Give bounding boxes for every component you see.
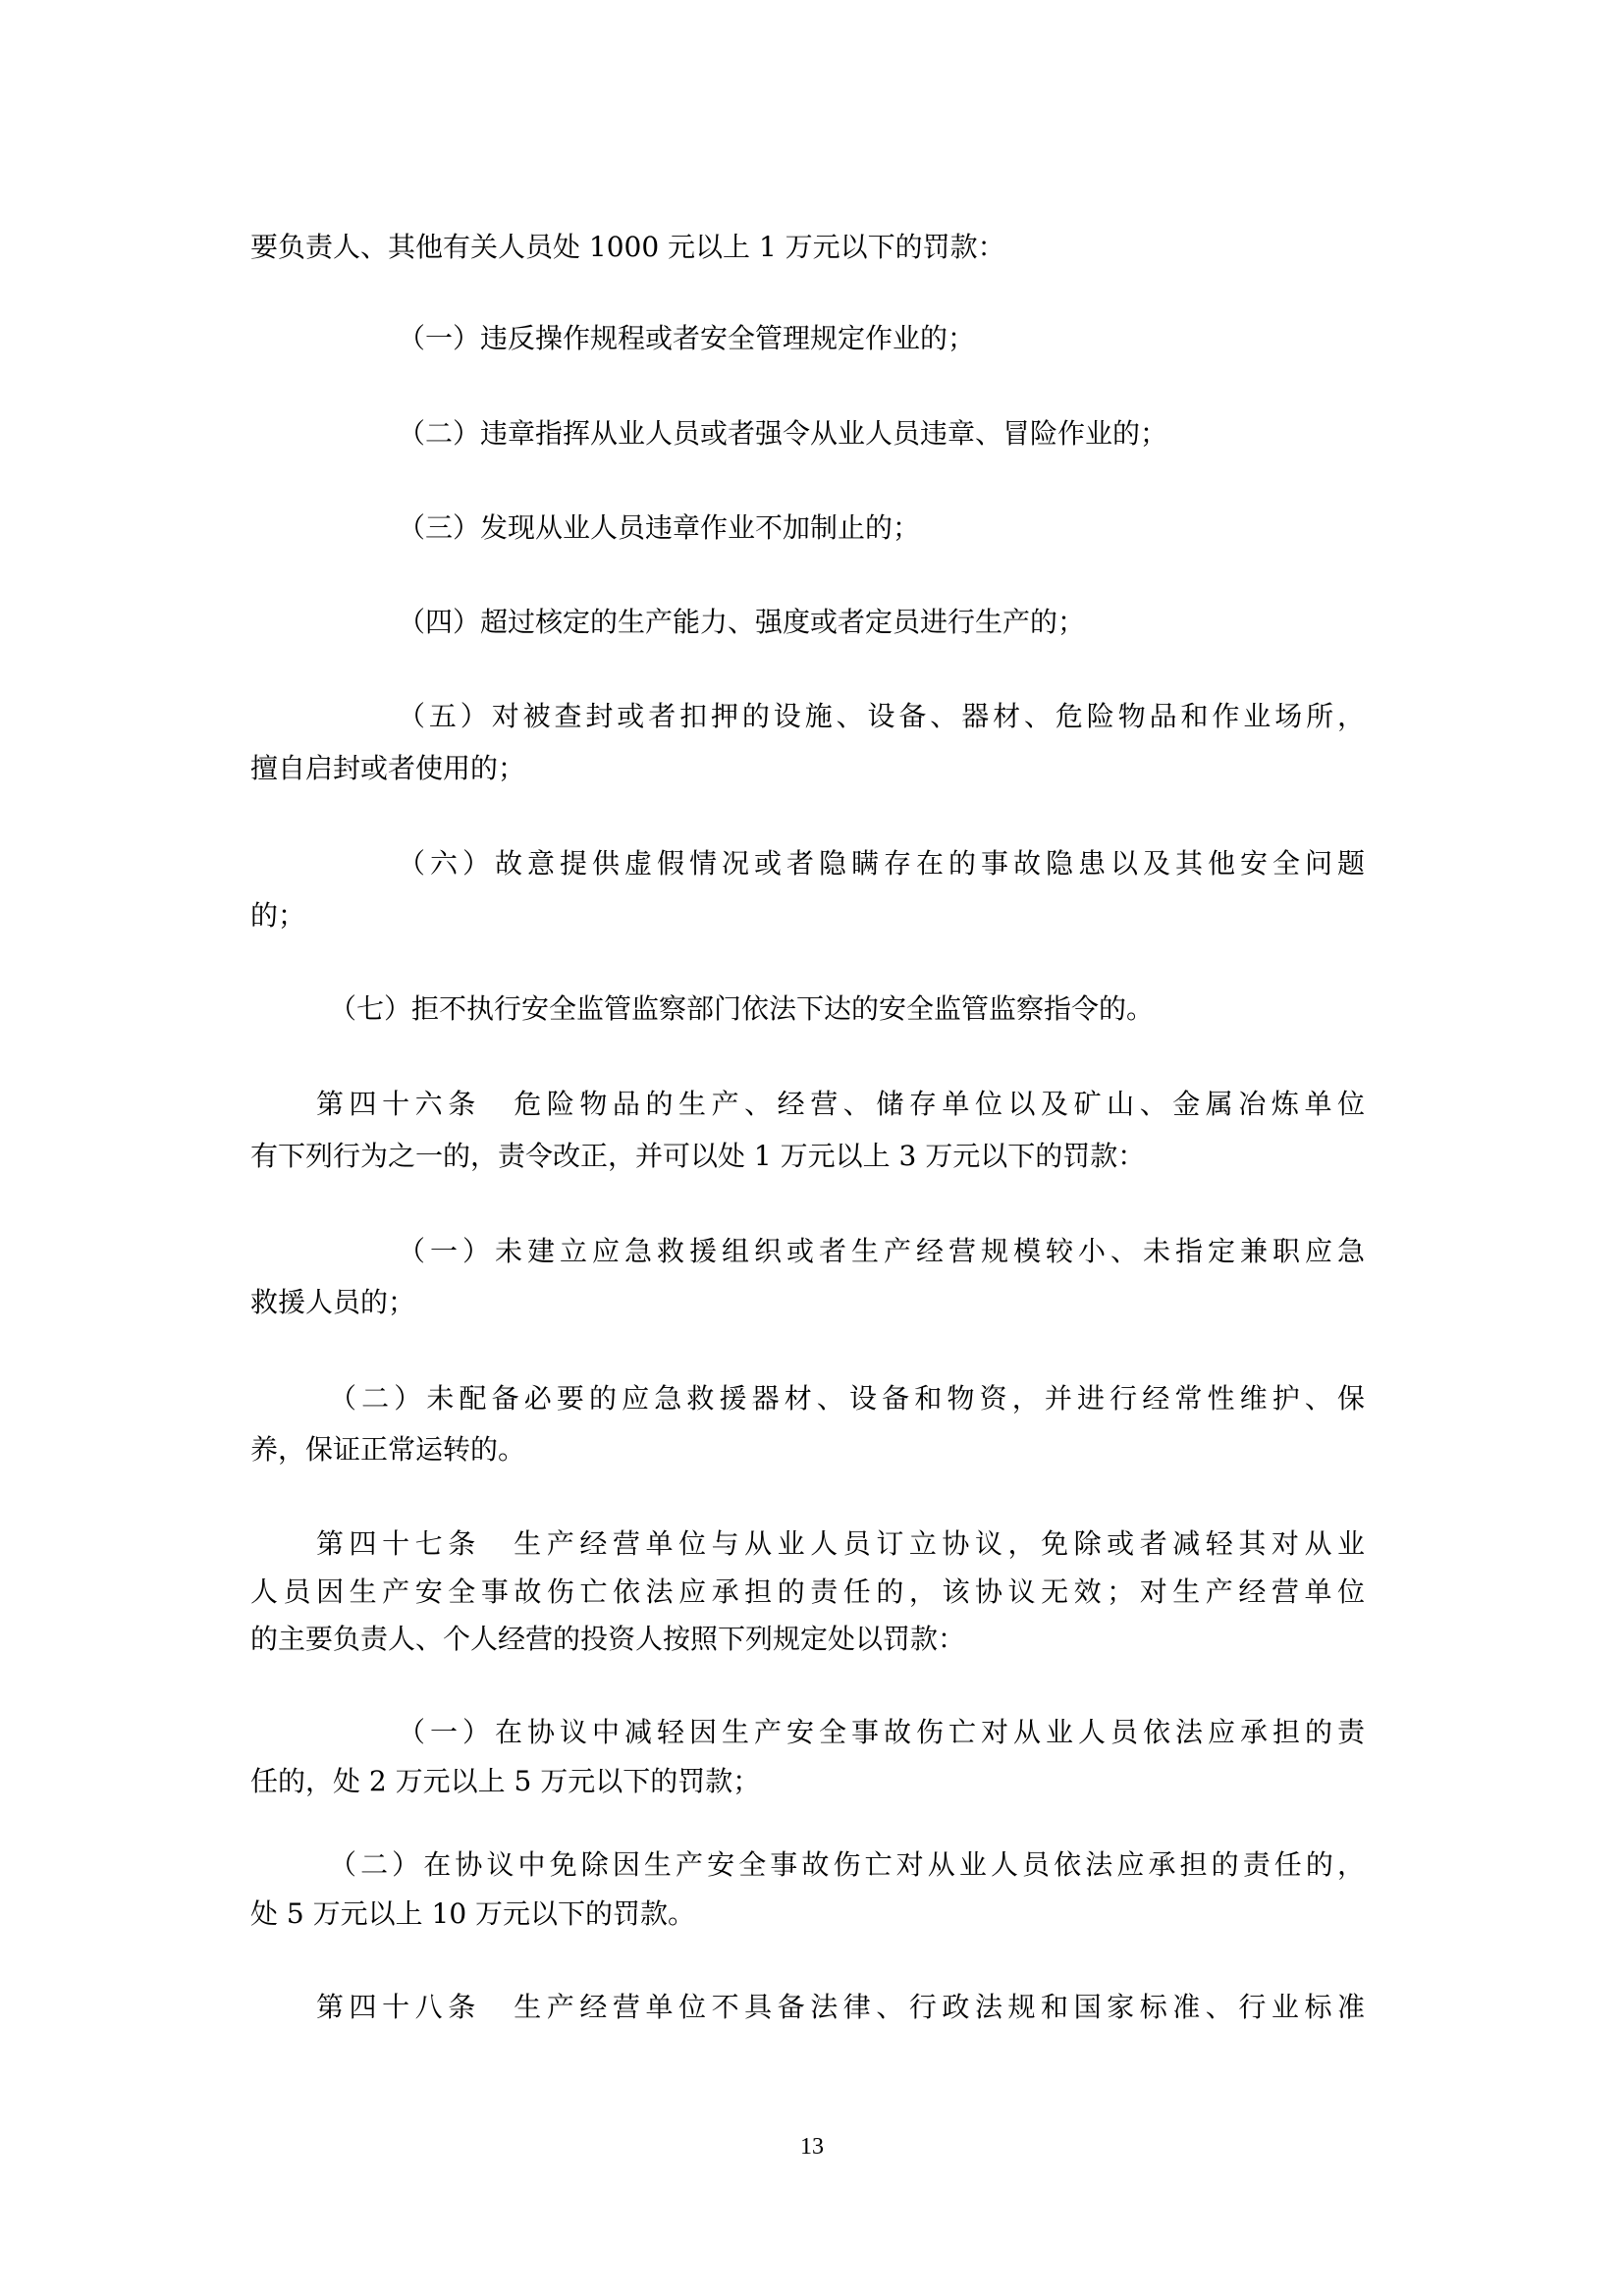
text-line: （七）拒不执行安全监管监察部门依法下达的安全监管监察指令的。 [329,989,1154,1029]
text-line: （二）未配备必要的应急救援器材、设备和物资，并进行经常性维护、保 [329,1379,1365,1418]
document-page: 要负责人、其他有关人员处 1000 元以上 1 万元以下的罚款：（一）违反操作规… [0,0,1624,2296]
text-line: 处 5 万元以上 10 万元以下的罚款。 [250,1895,695,1934]
text-line: 第四十八条 生产经营单位不具备法律、行政法规和国家标准、行业标准 [316,1988,1365,2027]
text-line: 擅自启封或者使用的； [250,749,525,788]
text-line: （一）违反操作规程或者安全管理规定作业的； [398,319,975,358]
text-line: （一）在协议中减轻因生产安全事故伤亡对从业人员依法应承担的责 [398,1713,1365,1752]
text-line: （一）未建立应急救援组织或者生产经营规模较小、未指定兼职应急 [398,1232,1365,1271]
text-line: （二）在协议中免除因生产安全事故伤亡对从业人员依法应承担的责任的， [329,1845,1365,1885]
text-line: 要负责人、其他有关人员处 1000 元以上 1 万元以下的罚款： [250,228,1005,267]
text-line: 养，保证正常运转的。 [250,1430,525,1469]
page-number: 13 [0,2132,1624,2162]
text-line: 人员因生产安全事故伤亡依法应承担的责任的，该协议无效；对生产经营单位 [250,1573,1365,1612]
text-line: （四）超过核定的生产能力、强度或者定员进行生产的； [398,603,1085,642]
text-line: （二）违章指挥从业人员或者强令从业人员违章、冒险作业的； [398,414,1167,454]
text-line: 第四十七条 生产经营单位与从业人员订立协议，免除或者减轻其对从业 [316,1524,1365,1564]
text-line: 任的，处 2 万元以上 5 万元以下的罚款； [250,1762,760,1801]
text-line: （五）对被查封或者扣押的设施、设备、器材、危险物品和作业场所， [398,697,1365,736]
text-line: 的主要负责人、个人经营的投资人按照下列规定处以罚款： [250,1620,965,1659]
text-line: （六）故意提供虚假情况或者隐瞒存在的事故隐患以及其他安全问题 [398,844,1365,883]
text-line: 有下列行为之一的，责令改正，并可以处 1 万元以上 3 万元以下的罚款： [250,1137,1145,1176]
text-line: 第四十六条 危险物品的生产、经营、储存单位以及矿山、金属冶炼单位 [316,1085,1365,1124]
text-line: （三）发现从业人员违章作业不加制止的； [398,508,920,548]
text-line: 救援人员的； [250,1283,415,1322]
text-line: 的； [250,896,305,935]
